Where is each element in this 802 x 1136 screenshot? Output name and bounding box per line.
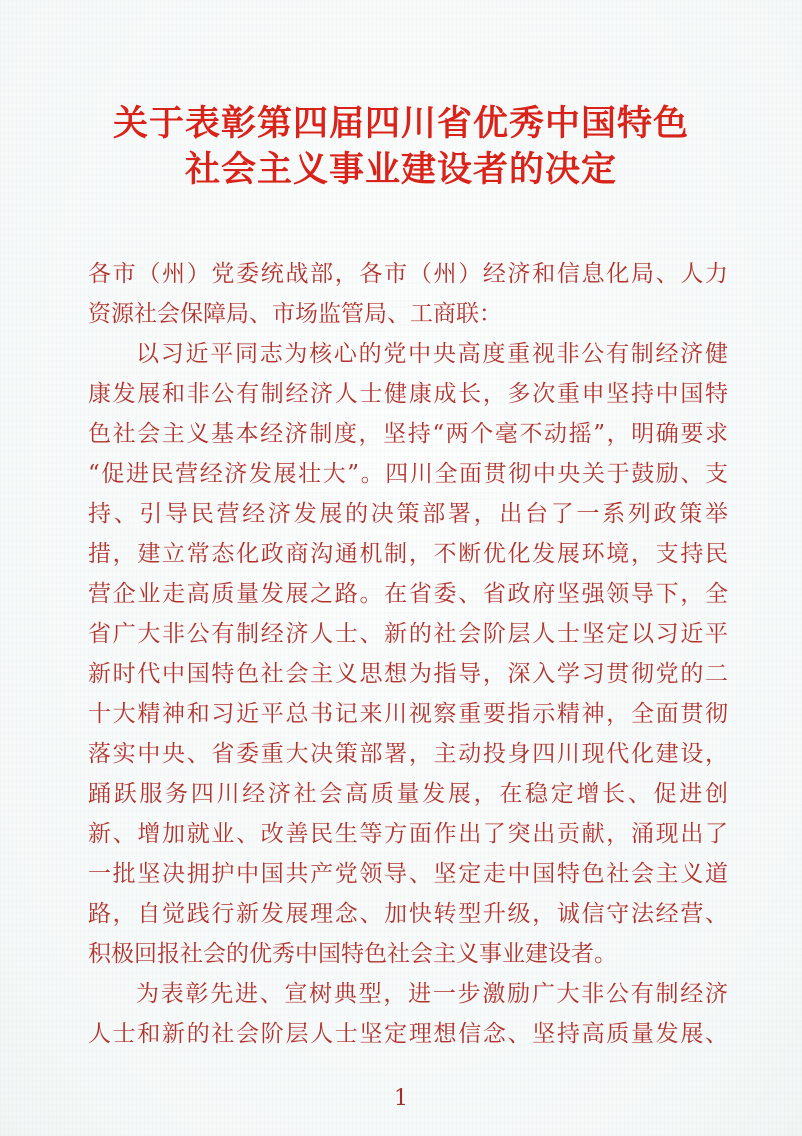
document-title-line-2: 社会主义事业建设者的决定 <box>0 147 802 193</box>
body-line: “促进民营经济发展壮大”。四川全面贯彻中央关于鼓励、支 <box>88 454 728 494</box>
document-title: 关于表彰第四届四川省优秀中国特色 社会主义事业建设者的决定 <box>0 101 802 193</box>
body-line: 以习近平同志为核心的党中央高度重视非公有制经济健 <box>88 334 728 374</box>
body-line: 十大精神和习近平总书记来川视察重要指示精神，全面贯彻 <box>88 694 728 734</box>
body-line: 色社会主义基本经济制度，坚持“两个毫不动摇”，明确要求 <box>88 414 728 454</box>
body-line: 路，自觉践行新发展理念、加快转型升级，诚信守法经营、 <box>88 894 728 934</box>
body-line-salutation-1: 各市（州）党委统战部，各市（州）经济和信息化局、人力 <box>88 254 728 294</box>
body-line: 新时代中国特色社会主义思想为指导，深入学习贯彻党的二 <box>88 654 728 694</box>
body-line: 踊跃服务四川经济社会高质量发展，在稳定增长、促进创 <box>88 774 728 814</box>
body-line: 人士和新的社会阶层人士坚定理想信念、坚持高质量发展、 <box>88 1014 728 1054</box>
document-title-line-1: 关于表彰第四届四川省优秀中国特色 <box>0 101 802 147</box>
body-line: 措，建立常态化政商沟通机制，不断优化发展环境，支持民 <box>88 534 728 574</box>
document-body: 各市（州）党委统战部，各市（州）经济和信息化局、人力 资源社会保障局、市场监管局… <box>88 254 728 1054</box>
document-page: 关于表彰第四届四川省优秀中国特色 社会主义事业建设者的决定 各市（州）党委统战部… <box>0 0 802 1136</box>
body-line: 康发展和非公有制经济人士健康成长，多次重申坚持中国特 <box>88 374 728 414</box>
body-line: 持、引导民营经济发展的决策部署，出台了一系列政策举 <box>88 494 728 534</box>
body-line: 省广大非公有制经济人士、新的社会阶层人士坚定以习近平 <box>88 614 728 654</box>
body-line: 为表彰先进、宣树典型，进一步激励广大非公有制经济 <box>88 974 728 1014</box>
body-line: 落实中央、省委重大决策部署，主动投身四川现代化建设， <box>88 734 728 774</box>
body-line: 营企业走高质量发展之路。在省委、省政府坚强领导下，全 <box>88 574 728 614</box>
body-line-salutation-2: 资源社会保障局、市场监管局、工商联： <box>88 294 728 334</box>
page-number: 1 <box>0 1086 802 1112</box>
body-line: 一批坚决拥护中国共产党领导、坚定走中国特色社会主义道 <box>88 854 728 894</box>
body-line-paragraph-end: 积极回报社会的优秀中国特色社会主义事业建设者。 <box>88 934 728 974</box>
body-line: 新、增加就业、改善民生等方面作出了突出贡献，涌现出了 <box>88 814 728 854</box>
